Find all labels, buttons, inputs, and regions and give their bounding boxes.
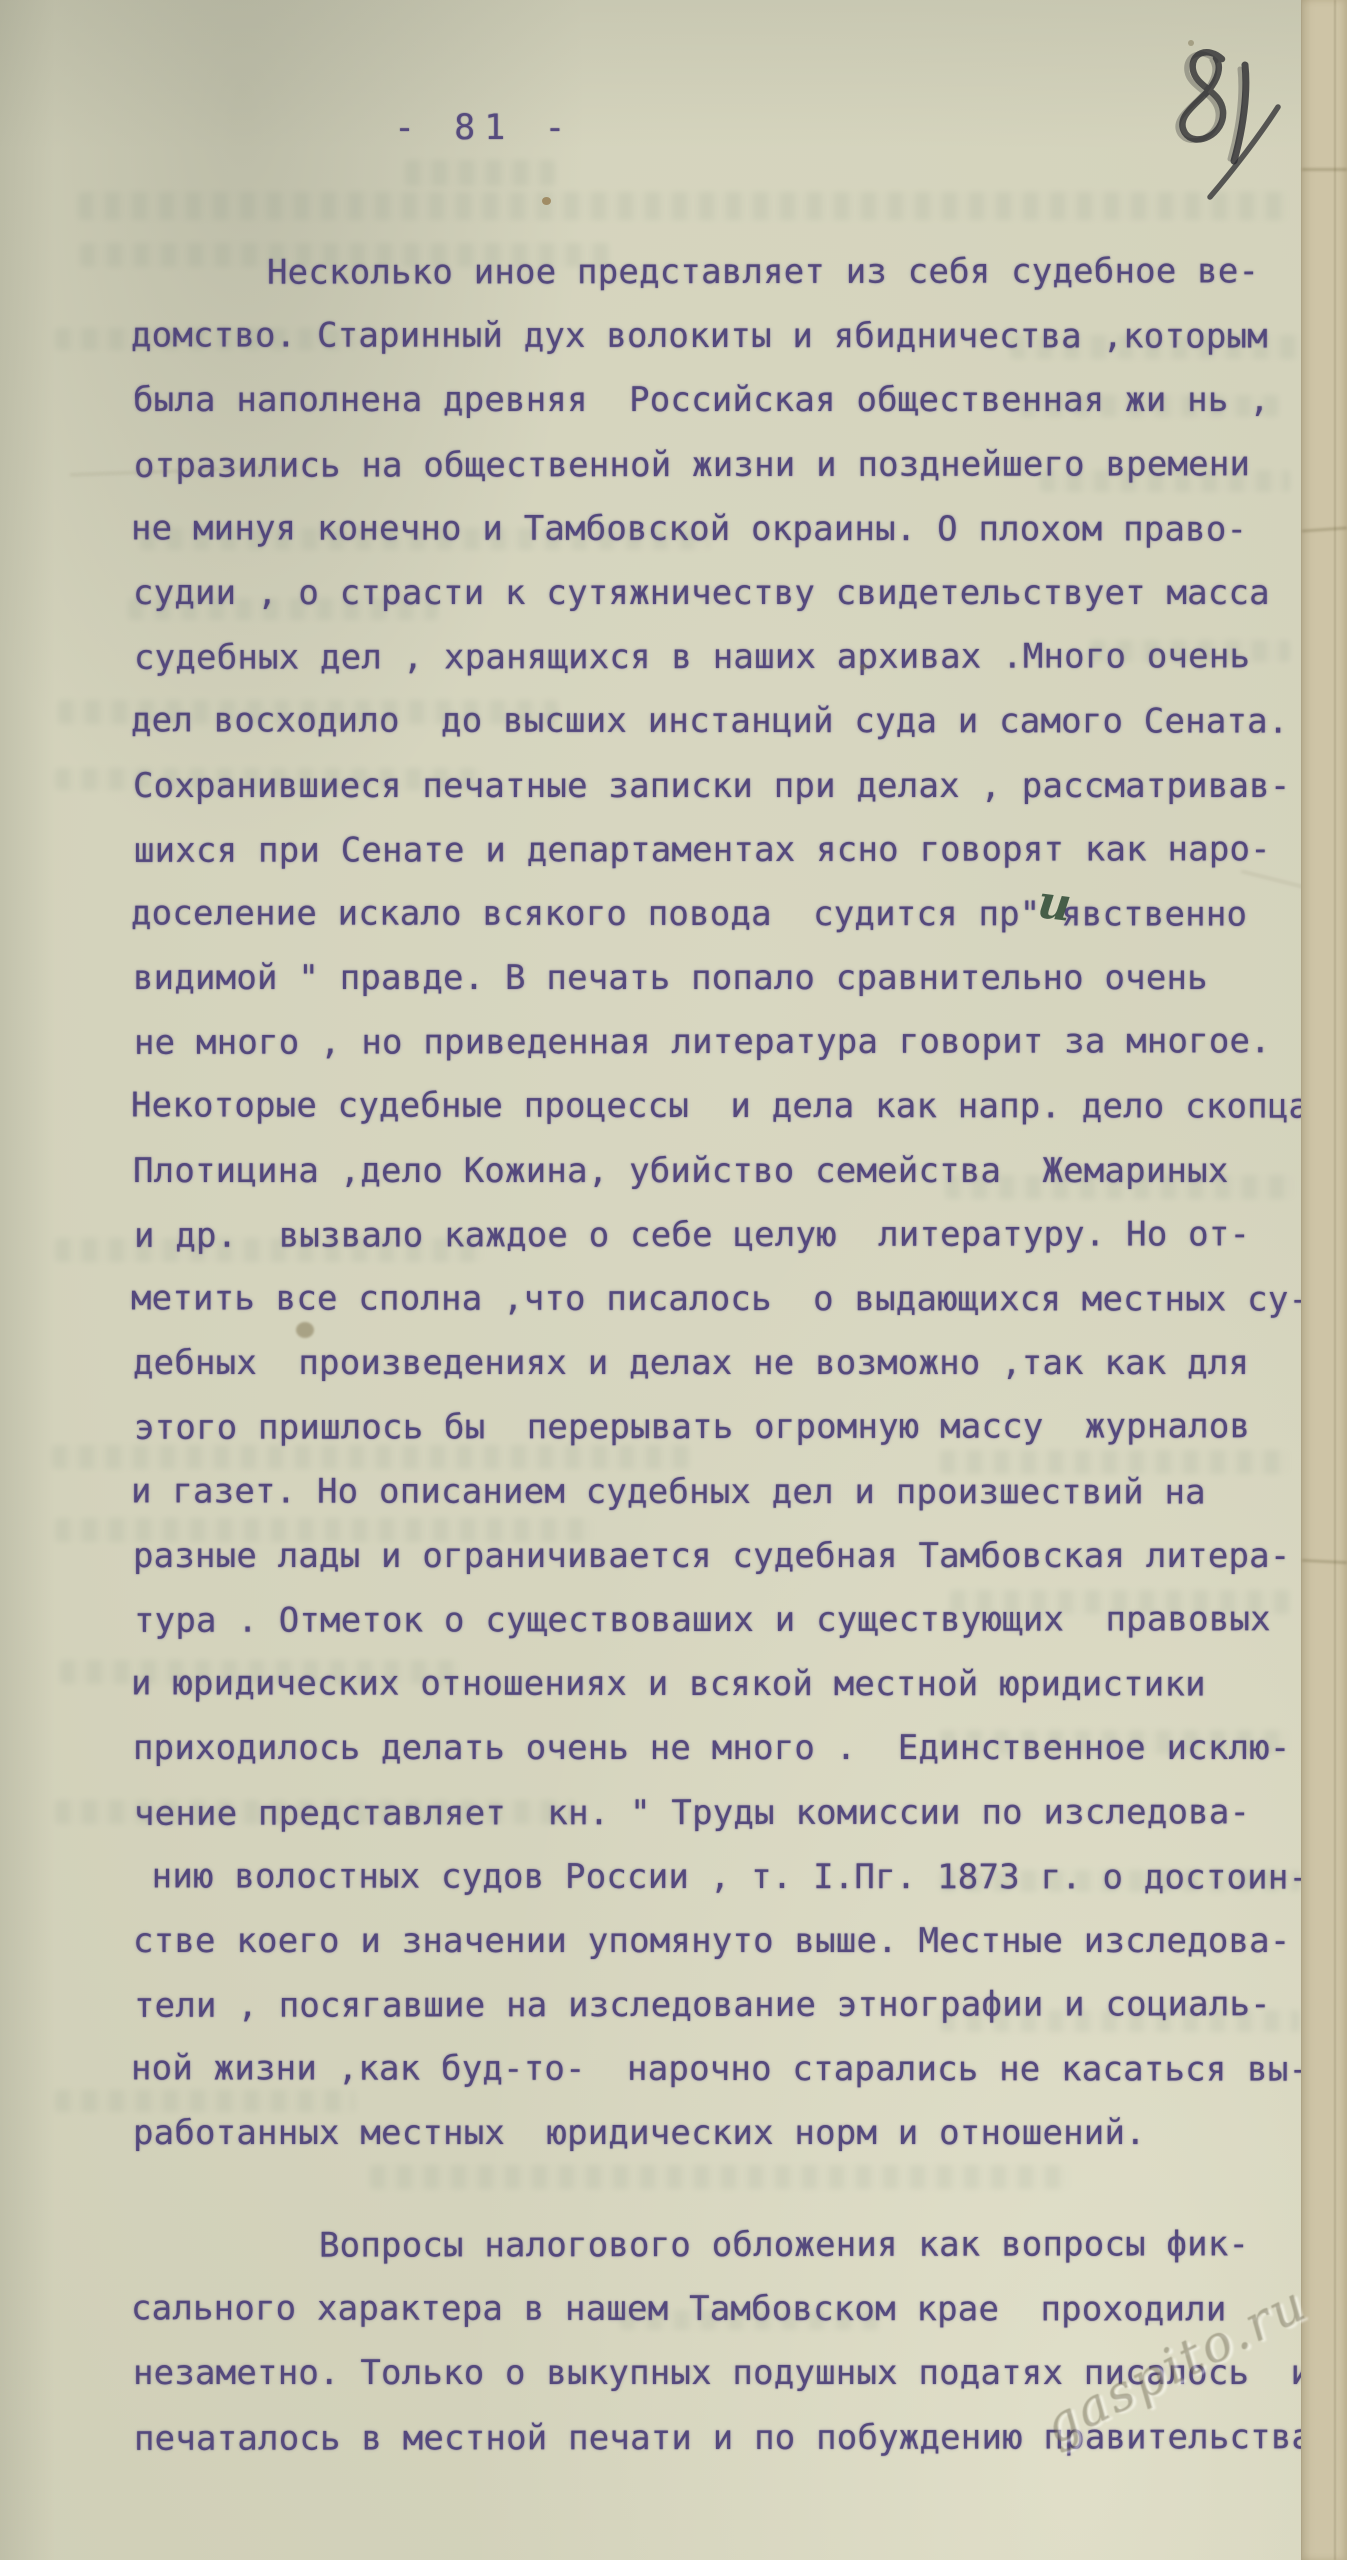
typed-line: работанных местных юридических норм и от… xyxy=(133,2101,1323,2165)
bleedthrough-ghost-line xyxy=(78,192,1288,220)
typed-line: и газет. Но описанием судебных дел и про… xyxy=(131,1459,1321,1524)
typed-line: и др. вызвало каждое о себе целую литера… xyxy=(134,1202,1324,1268)
typed-line: разные лады и ограничивается судебная Та… xyxy=(133,1524,1323,1588)
typed-line: видимой " правде. В печать попало сравни… xyxy=(133,946,1323,1010)
typed-line: стве коего и значении упомянуто выше. Ме… xyxy=(133,1909,1323,1973)
edge-fold-line xyxy=(1334,0,1336,2560)
typed-line: приходилось делать очень не много . Един… xyxy=(133,1716,1323,1780)
scanned-document-page: - 81 - Несколько иное представляет из се… xyxy=(0,0,1347,2560)
typed-line: Плотицина ,дело Кожина, убийство семейст… xyxy=(133,1139,1323,1203)
typed-line: ной жизни ,как буд-то- нарочно старались… xyxy=(131,2037,1321,2102)
typed-page-number: - 81 - xyxy=(394,108,574,148)
typed-line: Сохранившиеся печатные записки при делах… xyxy=(133,754,1323,818)
typed-line: не минуя конечно и Тамбовской окраины. О… xyxy=(131,496,1321,561)
typed-line: чение представляет кн. " Труды комиссии … xyxy=(134,1780,1324,1846)
paper-stain xyxy=(542,197,551,205)
typed-line: нию волостных судов России , т. I.Пг. 18… xyxy=(131,1844,1321,1909)
typed-line: отразились на общественной жизни и поздн… xyxy=(134,432,1324,498)
typed-line: шихся при Сенате и департаментах ясно го… xyxy=(134,817,1324,883)
paragraph: Несколько иное представляет из себя суде… xyxy=(133,240,1323,2166)
typed-line: дебных произведениях и делах не возможно… xyxy=(133,1331,1323,1395)
typed-line: сального характера в нашем Тамбовском кр… xyxy=(131,2277,1321,2342)
handwritten-page-number xyxy=(1150,45,1290,205)
typed-line: и юридических отношениях и всякой местно… xyxy=(131,1652,1321,1717)
paragraph: Вопросы налогового обложения как вопросы… xyxy=(133,2213,1323,2470)
typed-line: Некоторые судебные процессы и дела как н… xyxy=(131,1074,1321,1139)
bleedthrough-ghost-line xyxy=(405,160,555,186)
handwritten-correction: и xyxy=(1035,874,1075,932)
typed-line: не много , но приведенная литература гов… xyxy=(134,1009,1324,1075)
bleedthrough-ghost-line xyxy=(370,2165,1070,2189)
typed-line: доселение искало всякого повода судится … xyxy=(131,881,1321,946)
typed-line: этого пришлось бы перерывать огромную ма… xyxy=(134,1395,1324,1461)
paper-stain xyxy=(296,1322,314,1338)
typed-line: домство. Старинный дух волокиты и ябидни… xyxy=(131,304,1321,369)
typed-line: тура . Отметок о существоваших и существ… xyxy=(134,1587,1324,1653)
typed-line: дел восходило до высших инстанций суда и… xyxy=(131,689,1321,754)
typed-line: была наполнена древняя Российская общест… xyxy=(133,368,1323,432)
typed-line: печаталось в местной печати и по побужде… xyxy=(134,2405,1324,2471)
typed-line: судебных дел , хранящихся в наших архива… xyxy=(134,624,1324,690)
paper-stain xyxy=(1188,40,1194,46)
typed-line: тели , посягавшие на изследование этногр… xyxy=(134,1972,1324,2038)
typed-line: Вопросы налогового обложения как вопросы… xyxy=(134,2212,1324,2278)
edge-crease xyxy=(1302,168,1347,171)
page-edge xyxy=(1301,0,1347,2560)
typed-line: судии , о страсти к сутяжничеству свидет… xyxy=(133,561,1323,625)
paper-stain xyxy=(860,664,867,670)
typed-line: Несколько иное представляет из себя суде… xyxy=(134,239,1324,305)
typed-line: метить все сполна ,что писалось о выдающ… xyxy=(131,1266,1321,1331)
